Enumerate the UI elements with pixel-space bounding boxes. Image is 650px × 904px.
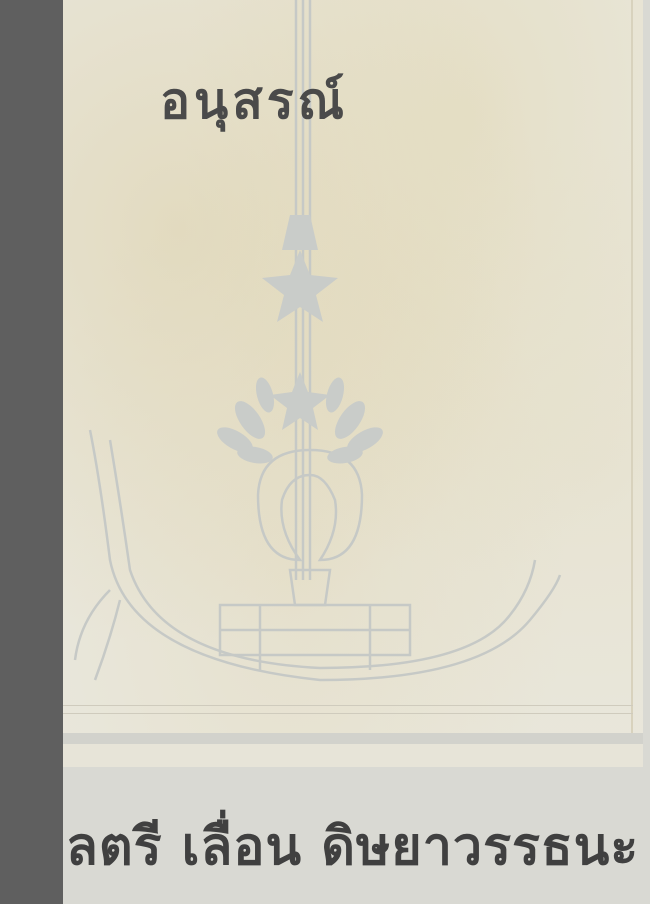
author-name: ลตรี เลื่อน ดิษยาวรรธนะ ป.ช.ป.ม. [66,812,646,882]
gray-band [63,733,643,744]
book-title: อนุสรณ์ [160,66,480,136]
paper-strip [63,744,643,767]
book-spine [0,0,63,904]
